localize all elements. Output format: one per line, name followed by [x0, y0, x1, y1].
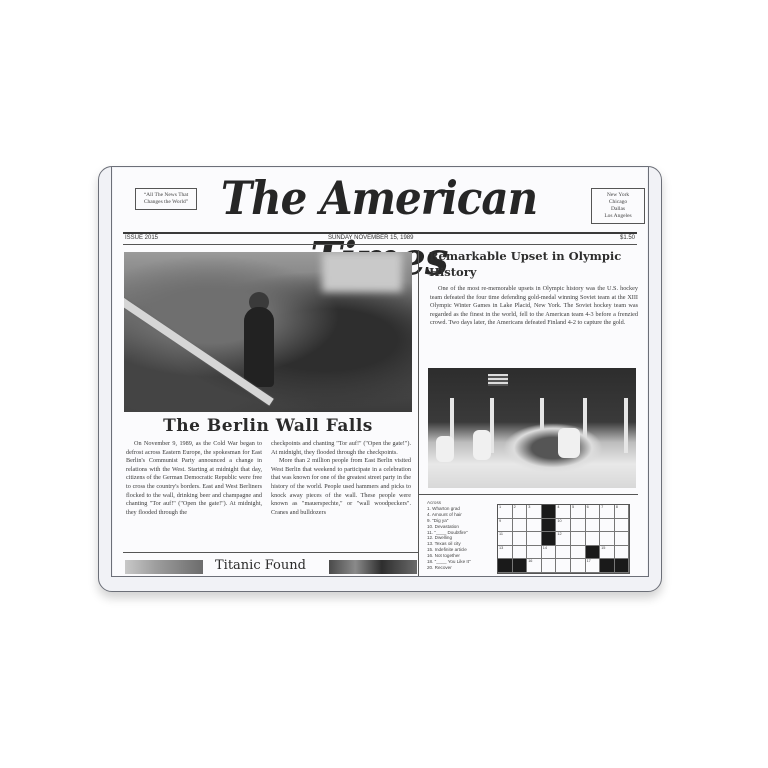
- section-divider-right: [418, 494, 638, 495]
- crossword-cell: 14: [542, 546, 557, 560]
- titanic-photo-right: [329, 560, 417, 574]
- crossword-cell: 5: [571, 505, 586, 519]
- crossword-cell: 8: [615, 505, 630, 519]
- crossword-cell: [556, 559, 571, 573]
- berlin-article-col1: On November 9, 1989, as the Cold War beg…: [126, 440, 262, 517]
- city-dallas: Dallas: [596, 206, 640, 213]
- photo-glass-post: [624, 398, 628, 453]
- crossword-black-cell: [542, 532, 557, 546]
- ear-left-box: “All The News That Changes the World”: [135, 188, 197, 210]
- crossword-cell: [571, 519, 586, 533]
- crossword-cell-number: 11: [499, 532, 503, 536]
- crossword-cell: 15: [600, 546, 615, 560]
- newspaper-page: “All The News That Changes the World” Th…: [113, 168, 647, 576]
- crossword-black-cell: [600, 559, 615, 573]
- crossword-cell: [571, 546, 586, 560]
- olympic-paragraph: One of the most re-memorable upsets in O…: [430, 285, 638, 328]
- city-los-angeles: Los Angeles: [596, 213, 640, 220]
- crossword-cell: 6: [586, 505, 601, 519]
- city-new-york: New York: [596, 192, 640, 199]
- titanic-banner: Titanic Found: [123, 558, 419, 574]
- crossword-cell: [571, 532, 586, 546]
- city-chicago: Chicago: [596, 199, 640, 206]
- crossword-cell-number: 4: [557, 505, 559, 509]
- photo-figure: [244, 307, 274, 387]
- crossword-cell: 2: [513, 505, 528, 519]
- crossword-cell: [527, 546, 542, 560]
- crossword-black-cell: [615, 559, 630, 573]
- berlin-wall-photo: [124, 252, 412, 412]
- crossword-cell-number: 6: [587, 505, 589, 509]
- crossword-cell-number: 5: [572, 505, 574, 509]
- crossword-cell-number: 7: [601, 505, 603, 509]
- sleeve-edge-left: [111, 167, 112, 577]
- crossword-cell: [615, 532, 630, 546]
- titanic-photo-left: [125, 560, 203, 574]
- crossword-cell: 9: [498, 519, 513, 533]
- crossword-cell-number: 9: [499, 519, 501, 523]
- issue-price: $1.50: [620, 235, 635, 241]
- crossword-clues: Across 1. Wharton grad 4. Amount of hair…: [427, 500, 497, 571]
- berlin-headline: The Berlin Wall Falls: [124, 416, 412, 436]
- crossword-cell: [600, 532, 615, 546]
- berlin-paragraph-3: More than 2 million people from East Ber…: [271, 457, 411, 517]
- crossword-cell: 11: [498, 532, 513, 546]
- crossword-cell: [542, 559, 557, 573]
- column-divider: [418, 250, 419, 576]
- dateline: ISSUE 2015 SUNDAY NOVEMBER 15, 1989 $1.5…: [123, 232, 637, 245]
- photo-player: [473, 430, 491, 460]
- ear-right-box: New York Chicago Dallas Los Angeles: [591, 188, 645, 224]
- crossword-cell: [556, 546, 571, 560]
- sleeve-edge-bottom: [111, 576, 649, 577]
- crossword-cell: 17: [586, 559, 601, 573]
- crossword-black-cell: [513, 559, 528, 573]
- crossword-black-cell: [542, 505, 557, 519]
- crossword-cell-number: 17: [587, 559, 591, 563]
- masthead: “All The News That Changes the World” Th…: [113, 168, 647, 232]
- berlin-paragraph-1: On November 9, 1989, as the Cold War beg…: [126, 440, 262, 517]
- crossword-cell-number: 3: [528, 505, 530, 509]
- sleeve-edge-right: [648, 167, 649, 577]
- olympic-hockey-photo: [428, 368, 636, 488]
- crossword-cell: [600, 519, 615, 533]
- crossword-cell: 3: [527, 505, 542, 519]
- crossword-cell: 10: [556, 519, 571, 533]
- crossword-cell: [571, 559, 586, 573]
- titanic-headline: Titanic Found: [215, 558, 306, 573]
- crossword-cell-number: 16: [528, 559, 532, 563]
- crossword-cell: 7: [600, 505, 615, 519]
- clue: 20. Recover: [427, 565, 497, 571]
- crossword-cell: [513, 546, 528, 560]
- crossword-cell: 13: [498, 546, 513, 560]
- olympic-headline: Remarkable Upset in Olympic History: [429, 248, 639, 280]
- crossword-cell: [586, 532, 601, 546]
- crossword-cell-number: 12: [557, 532, 561, 536]
- berlin-paragraph-2: checkpoints and chanting "Tor auf!" ("Op…: [271, 440, 411, 457]
- crossword-black-cell: [542, 519, 557, 533]
- olympic-article: One of the most re-memorable upsets in O…: [430, 285, 638, 328]
- crossword-cell-number: 14: [543, 546, 547, 550]
- crossword-cell: [586, 519, 601, 533]
- crossword-black-cell: [498, 559, 513, 573]
- crossword-cell-number: 8: [616, 505, 618, 509]
- berlin-article-col2: checkpoints and chanting "Tor auf!" ("Op…: [271, 440, 411, 517]
- crossword-cell: [513, 532, 528, 546]
- crossword-cell: [527, 532, 542, 546]
- issue-number: ISSUE 2015: [125, 235, 158, 241]
- crossword-grid: 1234567891011121314151617: [497, 504, 630, 574]
- crossword-cell-number: 15: [601, 546, 605, 550]
- issue-date: SUNDAY NOVEMBER 15, 1989: [328, 235, 413, 241]
- crossword-cell: [527, 519, 542, 533]
- crossword-cell: 16: [527, 559, 542, 573]
- crossword-cell-number: 13: [499, 546, 503, 550]
- crossword-black-cell: [586, 546, 601, 560]
- crossword-cell-number: 10: [557, 519, 561, 523]
- crossword-cell: 12: [556, 532, 571, 546]
- crossword-cell-number: 1: [499, 505, 501, 509]
- crossword: Across 1. Wharton grad 4. Amount of hair…: [423, 498, 637, 576]
- crossword-cell: [615, 519, 630, 533]
- photo-player: [436, 436, 454, 462]
- photo-flag: [488, 374, 508, 386]
- photo-players-pile: [503, 423, 603, 473]
- crossword-cell-number: 2: [514, 505, 516, 509]
- crossword-cell: [615, 546, 630, 560]
- section-divider: [123, 552, 419, 553]
- photo-sky: [322, 252, 402, 292]
- crossword-cell: [513, 519, 528, 533]
- photo-player: [558, 428, 580, 458]
- crossword-cell: 1: [498, 505, 513, 519]
- crossword-cell: 4: [556, 505, 571, 519]
